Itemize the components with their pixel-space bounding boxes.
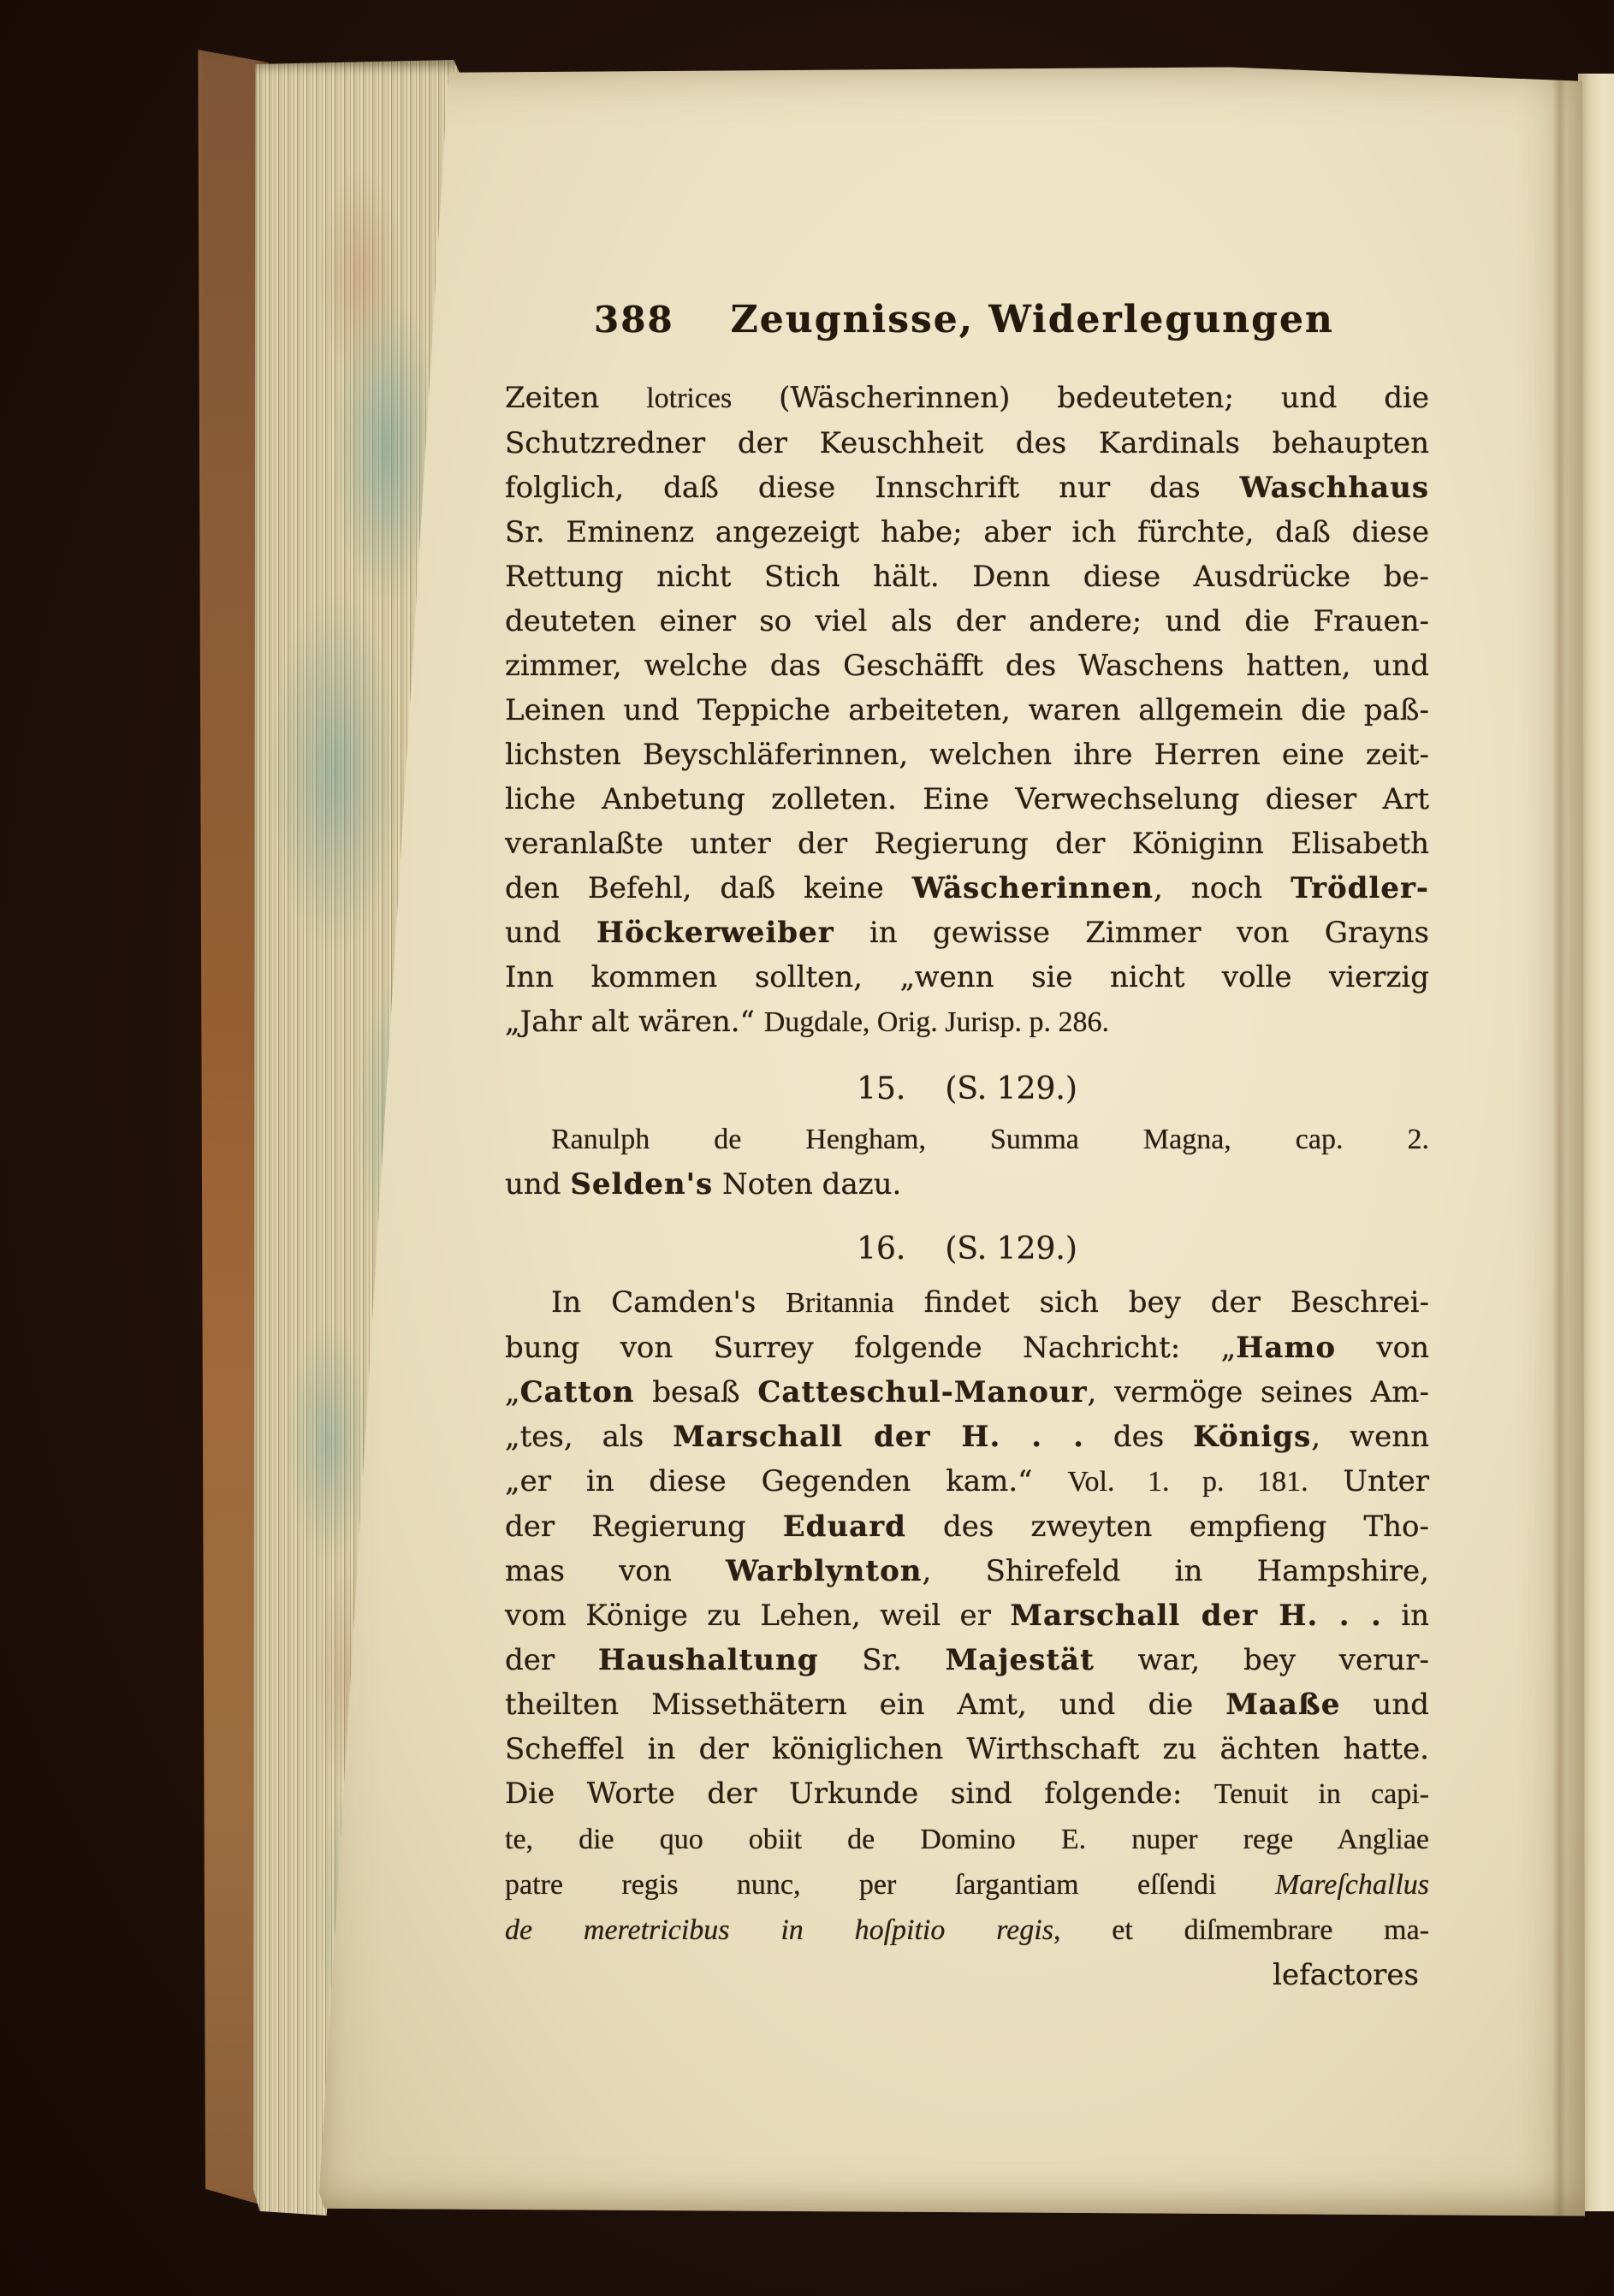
text-segment: Wäscherinnen (912, 871, 1154, 905)
text-line: lichsten Beyschläferinnen, welchen ihre … (505, 733, 1429, 777)
text-segment: Rettung nicht Stich hält. Denn diese Aus… (505, 560, 1429, 594)
text-segment: lichsten Beyschläferinnen, welchen ihre … (505, 738, 1429, 772)
text-line: Zeiten lotrices (Wäscherinnen) bedeutete… (505, 376, 1429, 421)
running-header: 388Zeugnisse, Widerlegungen (505, 298, 1429, 345)
section-15-text: Ranulph de Hengham, Summa Magna, cap. 2.… (505, 1117, 1429, 1207)
text-segment: Maaße (1225, 1688, 1340, 1722)
text-segment: (Wäscherinnen) bedeuteten; und die (732, 381, 1429, 415)
text-line: zimmer, welche das Geschäfft des Waschen… (505, 644, 1429, 688)
text-line: liche Anbetung zolleten. Eine Verwechsel… (505, 777, 1429, 822)
text-line: de meretricibus in hoſpitio regis, et di… (505, 1907, 1429, 1953)
text-segment: war, bey verur- (1095, 1643, 1429, 1677)
text-line: theilten Missethätern ein Amt, und die M… (505, 1682, 1429, 1727)
text-segment: , wenn (1311, 1420, 1429, 1454)
text-segment: Schutzredner der Keuschheit des Kardinal… (505, 426, 1429, 460)
text-line: und Höckerweiber in gewisse Zimmer von G… (505, 911, 1429, 955)
text-line: deuteten einer so viel als der andere; u… (505, 599, 1429, 644)
text-segment: Catteschul-Manour (757, 1375, 1087, 1409)
section-page-ref: (S. 129.) (945, 1231, 1077, 1267)
text-line: vom Könige zu Lehen, weil er Marschall d… (505, 1593, 1429, 1638)
text-segment: den Befehl, daß keine (505, 871, 912, 905)
text-segment: von (1336, 1331, 1429, 1365)
text-line: der Regierung Eduard des zweyten empfien… (505, 1504, 1429, 1549)
running-title: Zeugnisse, Widerlegungen (731, 298, 1334, 341)
text-segment: Inn kommen sollten, „wenn sie nicht voll… (505, 960, 1429, 994)
text-segment: , vermöge seines Am- (1088, 1375, 1429, 1409)
text-segment: und (505, 916, 596, 950)
text-segment: veranlaßte unter der Regierung der König… (505, 827, 1429, 861)
text-segment: Catton (520, 1375, 635, 1409)
photo-background: 388Zeugnisse, Widerlegungen Zeiten lotri… (0, 0, 1614, 2296)
book-page: 388Zeugnisse, Widerlegungen Zeiten lotri… (317, 65, 1585, 2218)
text-segment: Marschall der H. . . (1010, 1599, 1382, 1633)
text-segment: Zeiten (505, 381, 646, 415)
text-segment: patre regis nunc, per ſargantiam eſſendi (505, 1869, 1275, 1901)
paragraph-continuation: Zeiten lotrices (Wäscherinnen) bedeutete… (505, 376, 1429, 1045)
text-line: „Catton besaß Catteschul-Manour, vermöge… (505, 1370, 1429, 1415)
text-segment: lotrices (646, 383, 732, 414)
text-segment: besaß (635, 1375, 758, 1409)
section-number: 16. (857, 1231, 905, 1267)
text-line: Scheffel in der königlichen Wirthschaft … (505, 1727, 1429, 1771)
text-segment: Noten dazu. (713, 1167, 901, 1201)
text-line: te, die quo obiit de Domino E. nuper reg… (505, 1817, 1429, 1862)
text-segment: Dugdale, Orig. Jurisp. p. 286. (764, 1006, 1109, 1038)
text-line: Ranulph de Hengham, Summa Magna, cap. 2. (505, 1117, 1429, 1162)
text-line: Sr. Eminenz angezeigt habe; aber ich für… (505, 510, 1429, 555)
text-segment: und (1340, 1688, 1429, 1722)
section-page-ref: (S. 129.) (945, 1071, 1077, 1106)
text-segment: Waschhaus (1240, 471, 1429, 505)
text-line: Inn kommen sollten, „wenn sie nicht voll… (505, 955, 1429, 1000)
text-line: Rettung nicht Stich hält. Denn diese Aus… (505, 555, 1429, 599)
text-segment: des zweyten empfieng Tho- (906, 1510, 1429, 1544)
text-segment: findet sich bey der Beschrei- (894, 1285, 1429, 1320)
text-segment: folglich, daß diese Innschrift nur das (505, 471, 1240, 505)
text-segment: Unter (1308, 1464, 1429, 1498)
text-segment: te, die quo obiit de Domino E. nuper reg… (505, 1824, 1429, 1855)
section-heading-15: 15.(S. 129.) (505, 1067, 1429, 1112)
text-line: Leinen und Teppiche arbeiteten, waren al… (505, 688, 1429, 733)
text-segment: „Jahr alt wären.“ (505, 1005, 764, 1039)
text-segment: „tes, als (505, 1420, 673, 1454)
text-segment: liche Anbetung zolleten. Eine Verwechsel… (505, 782, 1429, 816)
text-segment: bung von Surrey folgende Nachricht: „ (505, 1331, 1236, 1365)
text-line: Schutzredner der Keuschheit des Kardinal… (505, 421, 1429, 466)
text-segment: , noch (1154, 871, 1291, 905)
text-segment: de meretricibus in hoſpitio regis (505, 1914, 1053, 1946)
text-line: der Haushaltung Sr. Majestät war, bey ve… (505, 1638, 1429, 1682)
text-line: „er in diese Gegenden kam.“ Vol. 1. p. 1… (505, 1459, 1429, 1504)
text-segment: Ranulph de Hengham, Summa Magna, cap. 2. (551, 1124, 1429, 1155)
text-line: „tes, als Marschall der H. . . des König… (505, 1415, 1429, 1459)
text-line: In Camden's Britannia findet sich bey de… (505, 1280, 1429, 1326)
text-segment: Königs (1193, 1420, 1311, 1454)
text-segment: Vol. 1. p. 181. (1067, 1466, 1308, 1498)
text-segment: Haushaltung (598, 1643, 819, 1677)
section-number: 15. (857, 1071, 905, 1106)
text-segment: Warblynton (726, 1554, 922, 1588)
text-segment: , Shirefeld in Hampshire, (923, 1554, 1429, 1588)
text-line: Die Worte der Urkunde sind folgende: Ten… (505, 1771, 1429, 1817)
text-segment: zimmer, welche das Geschäfft des Waschen… (505, 649, 1429, 683)
text-line: und Selden's Noten dazu. (505, 1162, 1429, 1207)
text-segment: der (505, 1643, 598, 1677)
text-segment: vom Könige zu Lehen, weil er (505, 1599, 1010, 1633)
text-segment: mas von (505, 1554, 726, 1588)
text-segment: Eduard (783, 1510, 906, 1544)
text-line: veranlaßte unter der Regierung der König… (505, 822, 1429, 866)
text-line: folglich, daß diese Innschrift nur das W… (505, 466, 1429, 510)
section-16-text: In Camden's Britannia findet sich bey de… (505, 1280, 1429, 1953)
text-segment: In Camden's (551, 1285, 786, 1320)
catchword: lefactores (505, 1953, 1429, 1997)
text-segment: Tenuit in capi- (1214, 1778, 1429, 1810)
text-line: mas von Warblynton, Shirefeld in Hampshi… (505, 1549, 1429, 1593)
text-segment: deuteten einer so viel als der andere; u… (505, 604, 1429, 638)
text-segment: in gewisse Zimmer von Grayns (834, 916, 1429, 950)
text-line: patre regis nunc, per ſargantiam eſſendi… (505, 1862, 1429, 1907)
text-segment: Hamo (1236, 1331, 1336, 1365)
text-segment: des (1084, 1420, 1193, 1454)
text-segment: Mareſchallus (1275, 1869, 1429, 1901)
text-segment: Marschall der H. . . (673, 1420, 1084, 1454)
text-line: den Befehl, daß keine Wäscherinnen, noch… (505, 866, 1429, 911)
text-line: bung von Surrey folgende Nachricht: „Ham… (505, 1326, 1429, 1370)
text-line: „Jahr alt wären.“ Dugdale, Orig. Jurisp.… (505, 1000, 1429, 1045)
text-segment: Selden's (570, 1167, 713, 1201)
text-segment: Scheffel in der königlichen Wirthschaft … (505, 1732, 1429, 1766)
text-segment: der Regierung (505, 1510, 783, 1544)
text-segment: Trödler- (1291, 871, 1429, 905)
text-segment: Leinen und Teppiche arbeiteten, waren al… (505, 693, 1429, 727)
text-segment: theilten Missethätern ein Amt, und die (505, 1688, 1225, 1722)
text-segment: , et diſmembrare ma- (1053, 1914, 1429, 1946)
page-content: 388Zeugnisse, Widerlegungen Zeiten lotri… (505, 65, 1429, 1997)
text-segment: „er in diese Gegenden kam.“ (505, 1464, 1067, 1498)
text-segment: Höckerweiber (596, 916, 834, 950)
text-segment: und (505, 1167, 570, 1201)
text-segment: Sr. Eminenz angezeigt habe; aber ich für… (505, 515, 1429, 549)
text-segment: in (1382, 1599, 1429, 1633)
text-segment: „ (505, 1375, 520, 1409)
text-segment: Britannia (786, 1287, 894, 1319)
section-heading-16: 16.(S. 129.) (505, 1227, 1429, 1272)
text-segment: Majestät (946, 1643, 1095, 1677)
text-segment: Sr. (819, 1643, 946, 1677)
page-number: 388 (594, 299, 674, 341)
text-segment: Die Worte der Urkunde sind folgende: (505, 1777, 1214, 1811)
